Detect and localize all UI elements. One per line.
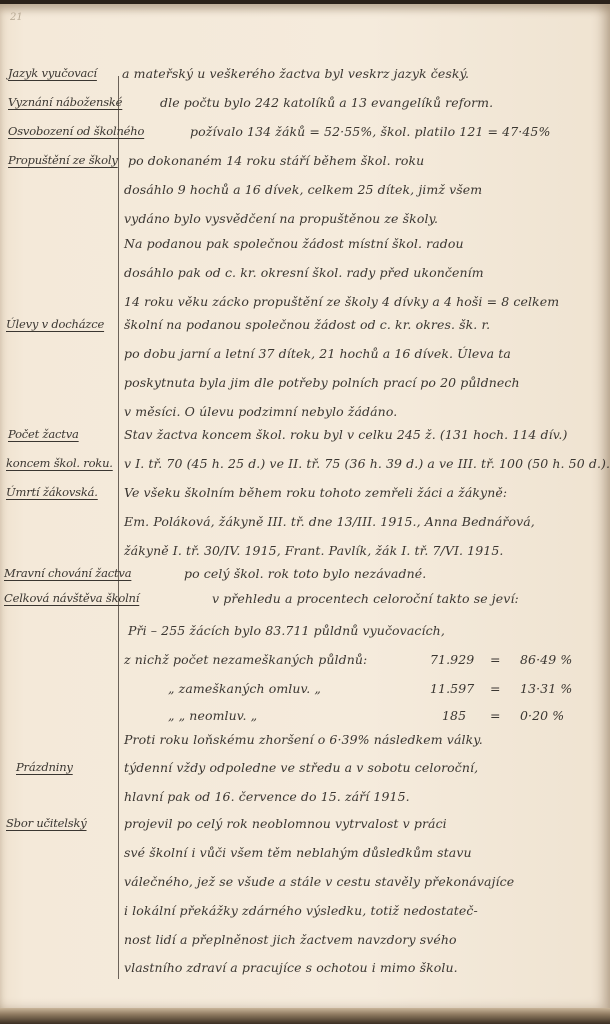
entry-text: v I. tř. 70 (45 h. 25 d.) ve II. tř. 75 … xyxy=(124,456,610,471)
page-number: 21 xyxy=(10,12,23,23)
margin-heading: Úlevy v docházce xyxy=(6,317,104,331)
ledger-line: Prázdninytýdenní vždy odpoledne ve střed… xyxy=(0,760,610,784)
ledger-line: poskytnuta byla jim dle potřeby polních … xyxy=(0,375,610,399)
ledger-line: Úmrtí žákovská.Ve všeku školním během ro… xyxy=(0,485,610,509)
margin-heading: Vyznání náboženské xyxy=(8,95,122,109)
attendance-row-eq: = xyxy=(490,708,501,723)
entry-text: Proti roku loňskému zhoršení o 6·39% nás… xyxy=(124,732,483,747)
entry-text: Na podanou pak společnou žádost místní š… xyxy=(124,236,464,251)
entry-text: v přehledu a procentech celoroční takto … xyxy=(212,591,519,606)
ledger-line: Sbor učitelskýprojevil po celý rok neobl… xyxy=(0,816,610,840)
attendance-row-percent: 86·49 % xyxy=(520,652,572,667)
entry-text: dosáhlo pak od c. kr. okresní škol. rady… xyxy=(124,265,484,280)
margin-heading: Počet žactva xyxy=(8,427,79,441)
entry-text: školní na podanou společnou žádost od c.… xyxy=(124,317,490,332)
attendance-row: z nichž počet nezameškaných půldnů: 71.9… xyxy=(0,652,610,676)
ledger-line: Na podanou pak společnou žádost místní š… xyxy=(0,236,610,260)
attendance-row-percent: 13·31 % xyxy=(520,681,572,696)
margin-heading: Propuštění ze školy xyxy=(8,153,118,167)
ledger-line: dosáhlo pak od c. kr. okresní škol. rady… xyxy=(0,265,610,289)
ledger-line: vydáno bylo vysvědčení na propuštěnou ze… xyxy=(0,211,610,235)
ledger-line: Úlevy v docházceškolní na podanou společ… xyxy=(0,317,610,341)
ledger-line: Proti roku loňskému zhoršení o 6·39% nás… xyxy=(0,732,610,756)
ledger-line: koncem škol. roku.v I. tř. 70 (45 h. 25 … xyxy=(0,456,610,480)
attendance-row-label: „ zameškaných omluv. „ xyxy=(168,681,321,696)
entry-text: válečného, jež se všude a stále v cestu … xyxy=(124,874,514,889)
ledger-line: Celková návštěva školnív přehledu a proc… xyxy=(0,591,610,615)
entry-text: nost lidí a přeplněnost jich žactvem nav… xyxy=(124,932,457,947)
attendance-row: „ zameškaných omluv. „ 11.597 = 13·31 % xyxy=(0,681,610,705)
entry-text: po dobu jarní a letní 37 dítek, 21 hochů… xyxy=(124,346,511,361)
ledger-line: své školní i vůči všem těm neblahým důsl… xyxy=(0,845,610,869)
attendance-intro-line: Při – 255 žácích bylo 83.711 půldnů vyuč… xyxy=(0,623,610,647)
ledger-line: žákyně I. tř. 30/IV. 1915, Frant. Pavlík… xyxy=(0,543,610,567)
ledger-line: nost lidí a přeplněnost jich žactvem nav… xyxy=(0,932,610,956)
attendance-row-eq: = xyxy=(490,681,501,696)
ledger-line: i lokální překážky zdárného výsledku, to… xyxy=(0,903,610,927)
entry-text: vydáno bylo vysvědčení na propuštěnou ze… xyxy=(124,211,438,226)
attendance-row-eq: = xyxy=(490,652,501,667)
ledger-line: Propuštění ze školypo dokonaném 14 roku … xyxy=(0,153,610,177)
entry-text: i lokální překážky zdárného výsledku, to… xyxy=(124,903,478,918)
entry-text: dle počtu bylo 242 katolíků a 13 evangel… xyxy=(160,95,493,110)
entry-text: Em. Poláková, žákyně III. tř. dne 13/III… xyxy=(124,514,535,529)
margin-heading: Úmrtí žákovská. xyxy=(6,485,98,499)
entry-text: po celý škol. rok toto bylo nezávadné. xyxy=(184,566,426,581)
ledger-line: vlastního zdraví a pracujíce s ochotou i… xyxy=(0,960,610,984)
entry-text: své školní i vůči všem těm neblahým důsl… xyxy=(124,845,472,860)
attendance-row-label: „ „ neomluv. „ xyxy=(168,708,257,723)
entry-text: dosáhlo 9 hochů a 16 dívek, celkem 25 dí… xyxy=(124,182,482,197)
attendance-row-value: 11.597 xyxy=(430,681,474,696)
entry-text: hlavní pak od 16. července do 15. září 1… xyxy=(124,789,410,804)
entry-text: projevil po celý rok neoblomnou vytrvalo… xyxy=(124,816,447,831)
margin-heading: Celková návštěva školní xyxy=(4,591,139,605)
ledger-line: Osvobození od školnéhopožívalo 134 žáků … xyxy=(0,124,610,148)
ledger-line: v měsíci. O úlevu podzimní nebylo žádáno… xyxy=(0,404,610,428)
entry-text: vlastního zdraví a pracujíce s ochotou i… xyxy=(124,960,458,975)
margin-heading: Mravní chování žactva xyxy=(4,566,131,580)
ledger-line: válečného, jež se všude a stále v cestu … xyxy=(0,874,610,898)
ledger-page: 21 Jazyk vyučovacía mateřský u veškerého… xyxy=(0,4,610,1008)
entry-text: Stav žactva koncem škol. roku byl v celk… xyxy=(124,427,567,442)
attendance-row-value: 185 xyxy=(442,708,466,723)
entry-text: Ve všeku školním během roku tohoto zemře… xyxy=(124,485,507,500)
attendance-row-label: z nichž počet nezameškaných půldnů: xyxy=(124,652,367,667)
margin-heading: Prázdniny xyxy=(16,760,73,774)
entry-text: žákyně I. tř. 30/IV. 1915, Frant. Pavlík… xyxy=(124,543,503,558)
entry-text: požívalo 134 žáků = 52·55%, škol. platil… xyxy=(190,124,550,139)
attendance-row-value: 71.929 xyxy=(430,652,474,667)
entry-text: poskytnuta byla jim dle potřeby polních … xyxy=(124,375,520,390)
page-bottom-edge xyxy=(0,1008,610,1024)
margin-heading: Osvobození od školného xyxy=(8,124,126,138)
entry-text: 14 roku věku zácko propuštění ze školy 4… xyxy=(124,294,559,309)
entry-text: v měsíci. O úlevu podzimní nebylo žádáno… xyxy=(124,404,397,419)
margin-heading: Jazyk vyučovací xyxy=(8,66,97,80)
attendance-intro: Při – 255 žácích bylo 83.711 půldnů vyuč… xyxy=(128,623,445,638)
ledger-line: po dobu jarní a letní 37 dítek, 21 hochů… xyxy=(0,346,610,370)
attendance-row-percent: 0·20 % xyxy=(520,708,564,723)
ledger-line: dosáhlo 9 hochů a 16 dívek, celkem 25 dí… xyxy=(0,182,610,206)
ledger-line: Počet žactvaStav žactva koncem škol. rok… xyxy=(0,427,610,451)
ledger-line: Vyznání náboženskédle počtu bylo 242 kat… xyxy=(0,95,610,119)
ledger-line: Em. Poláková, žákyně III. tř. dne 13/III… xyxy=(0,514,610,538)
margin-heading: Sbor učitelský xyxy=(6,816,87,830)
margin-heading: koncem škol. roku. xyxy=(6,456,113,470)
entry-text: a mateřský u veškerého žactva byl veskrz… xyxy=(122,66,469,81)
ledger-line: Jazyk vyučovacía mateřský u veškerého ža… xyxy=(0,66,610,90)
entry-text: po dokonaném 14 roku stáří během škol. r… xyxy=(128,153,424,168)
attendance-row: „ „ neomluv. „ 185 = 0·20 % xyxy=(0,708,610,732)
ledger-line: Mravní chování žactvapo celý škol. rok t… xyxy=(0,566,610,590)
ledger-line: hlavní pak od 16. července do 15. září 1… xyxy=(0,789,610,813)
ledger-line: 14 roku věku zácko propuštění ze školy 4… xyxy=(0,294,610,318)
entry-text: týdenní vždy odpoledne ve středu a v sob… xyxy=(124,760,478,775)
